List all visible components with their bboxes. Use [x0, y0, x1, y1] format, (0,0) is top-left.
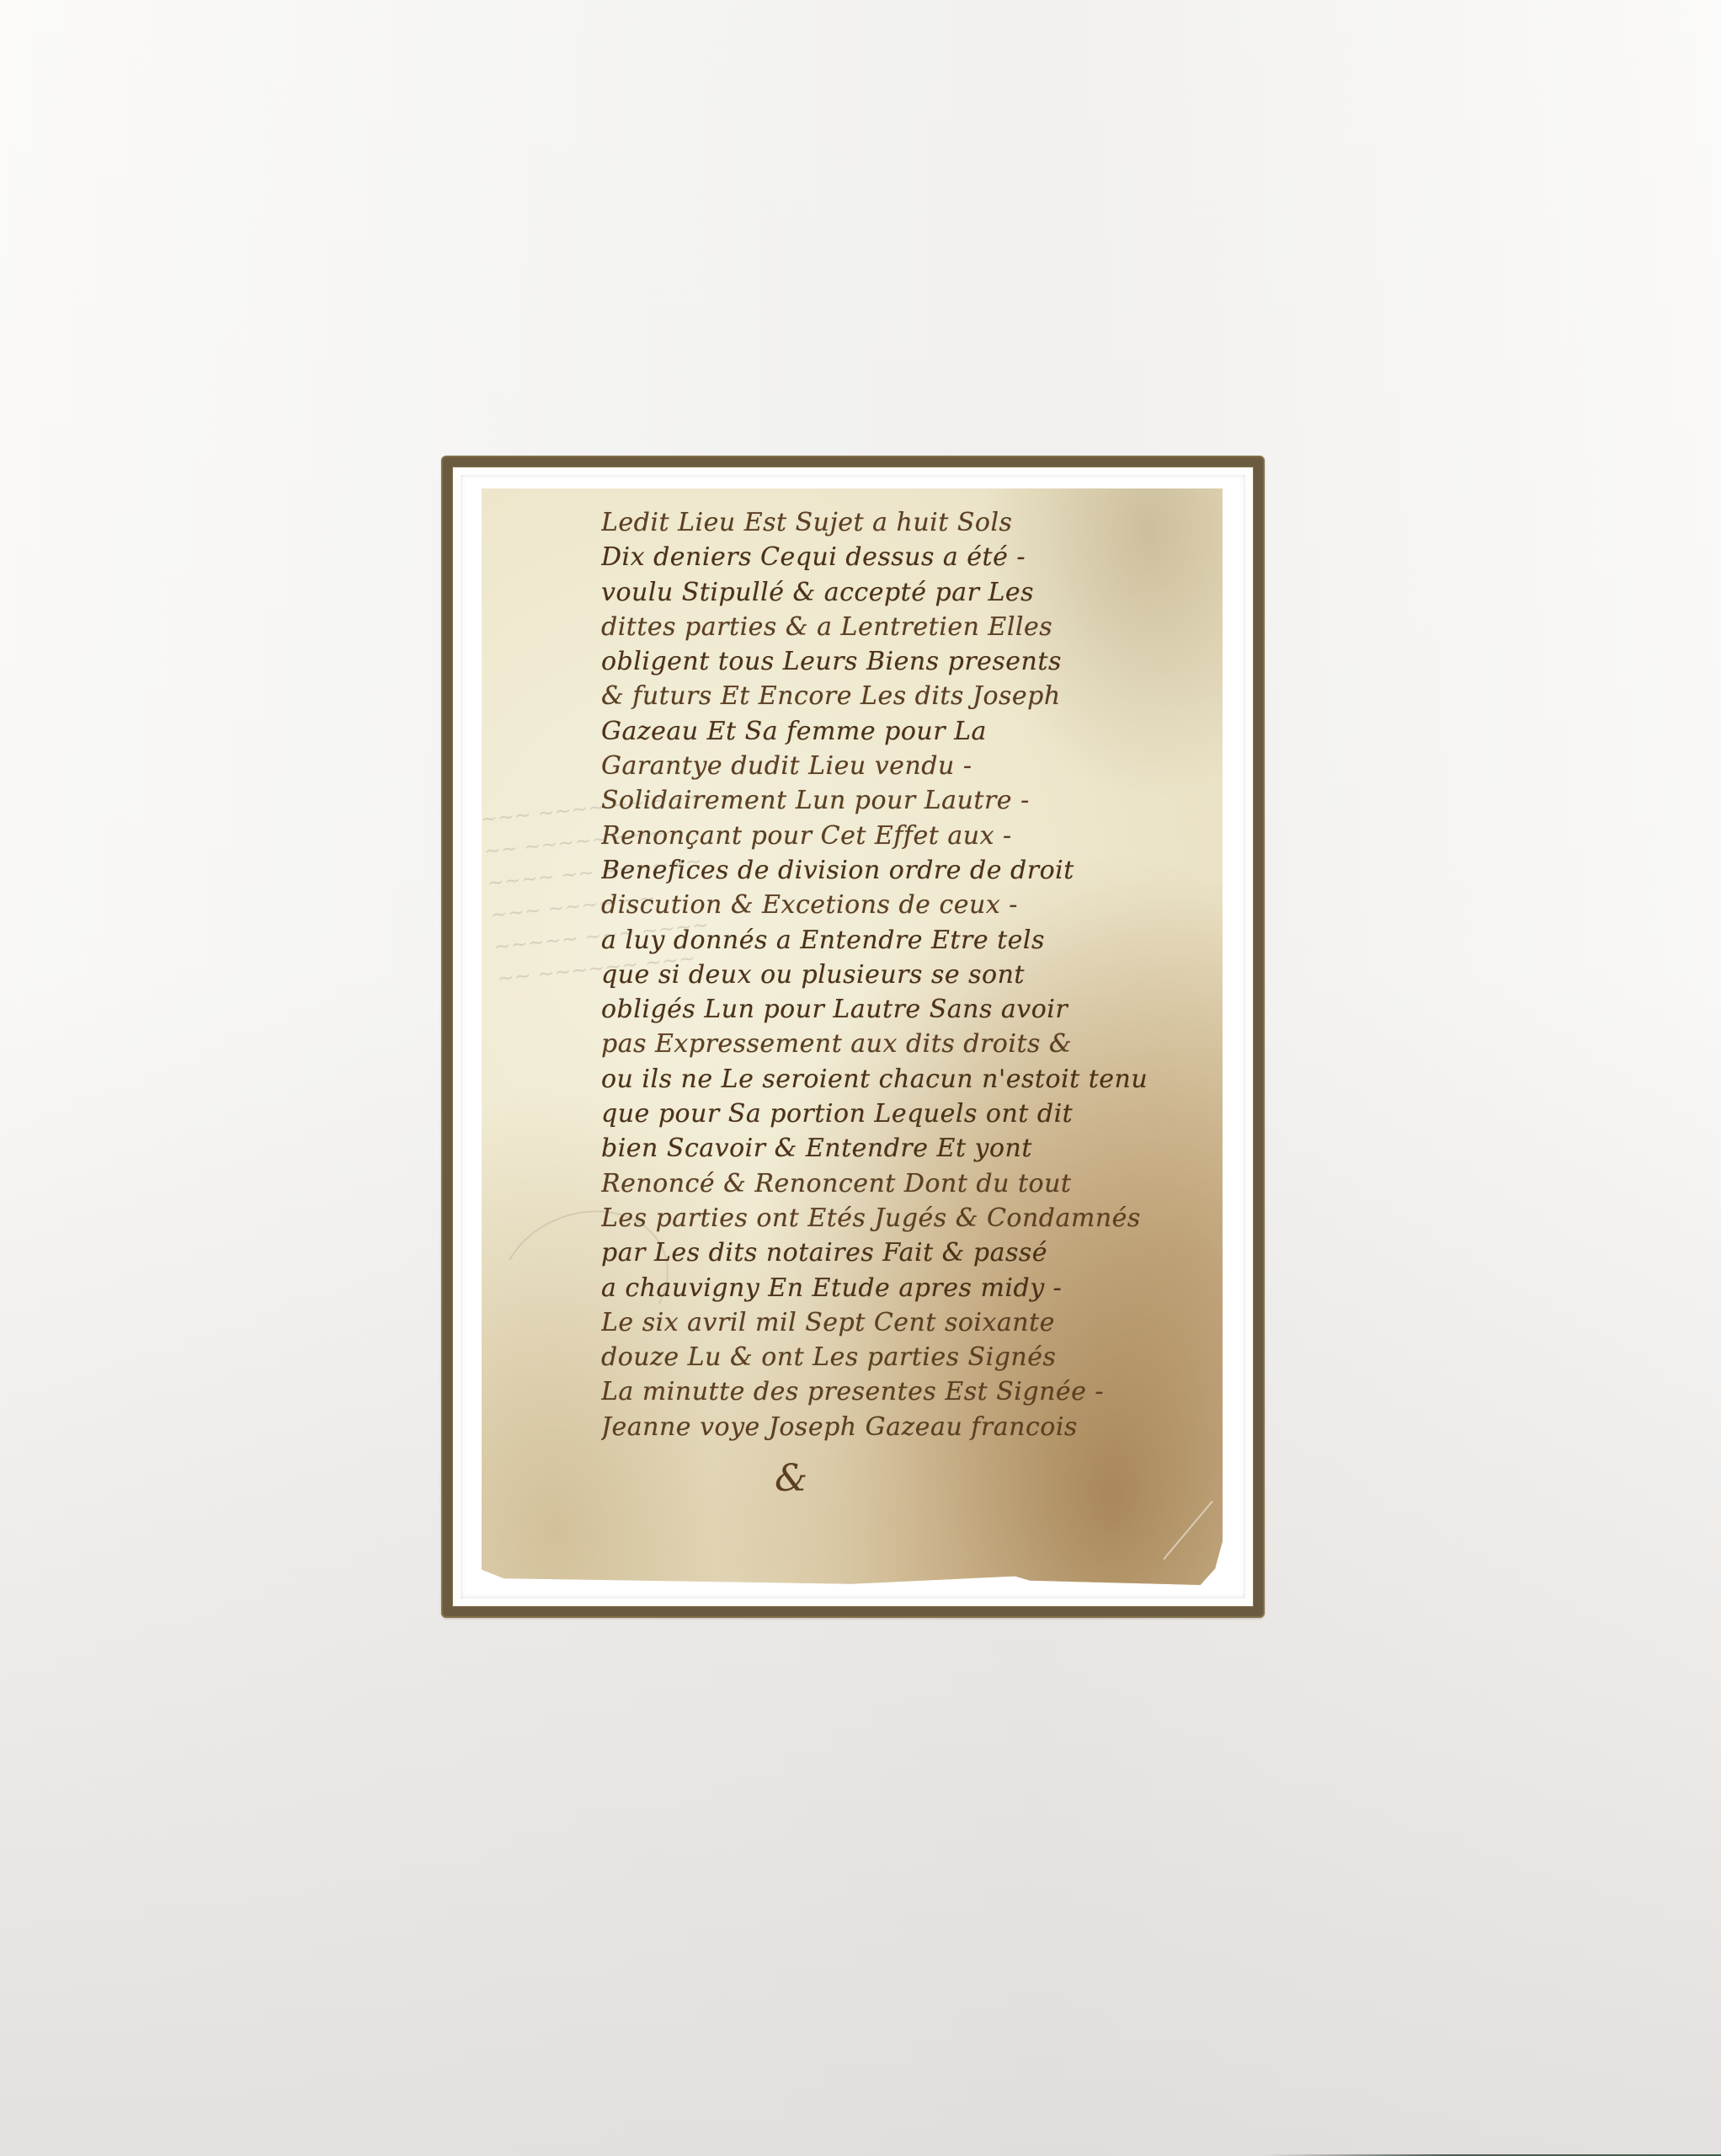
manuscript-line: Gazeau Et Sa femme pour La — [601, 714, 1216, 749]
manuscript-line: Solidairement Lun pour Lautre - — [601, 783, 1216, 818]
manuscript-line: Renoncé & Renoncent Dont du tout — [601, 1166, 1216, 1201]
manuscript-line: Benefices de division ordre de droit — [601, 853, 1216, 888]
manuscript-line: Renonçant pour Cet Effet aux - — [601, 819, 1216, 853]
manuscript-line: dittes parties & a Lentretien Elles — [601, 610, 1216, 644]
manuscript-line: Le six avril mil Sept Cent soixante — [601, 1305, 1216, 1340]
picture-frame: ~~~ ~~~~ ~~ ~~~~~ ~~~~~ ~~~~~~~~ ~~ ~~~~… — [441, 456, 1265, 1618]
manuscript-line: pas Expressement aux dits droits & — [601, 1027, 1216, 1061]
manuscript-line: par Les dits notaires Fait & passé — [601, 1235, 1216, 1270]
manuscript-line: douze Lu & ont Les parties Signés — [601, 1340, 1216, 1374]
manuscript-page: ~~~ ~~~~ ~~ ~~~~~ ~~~~~ ~~~~~~~~ ~~ ~~~~… — [482, 488, 1223, 1585]
manuscript-line: La minutte des presentes Est Signée - — [601, 1374, 1216, 1409]
manuscript-line: a chauvigny En Etude apres midy - — [601, 1271, 1216, 1305]
manuscript-line: Garantye dudit Lieu vendu - — [601, 749, 1216, 783]
manuscript-line: Ledit Lieu Est Sujet a huit Sols — [601, 505, 1216, 540]
manuscript-line: discution & Excetions de ceux - — [601, 888, 1216, 922]
manuscript-line: a luy donnés a Entendre Etre tels — [601, 923, 1216, 958]
handwritten-text: Ledit Lieu Est Sujet a huit Sols Dix den… — [601, 505, 1216, 1444]
manuscript-line: obligés Lun pour Lautre Sans avoir — [601, 992, 1216, 1027]
manuscript-line: Dix deniers Cequi dessus a été - — [601, 540, 1216, 574]
manuscript-line: que pour Sa portion Lequels ont dit — [601, 1097, 1216, 1131]
manuscript-line: que si deux ou plusieurs se sont — [601, 958, 1216, 992]
manuscript-line: ou ils ne Le seroient chacun n'estoit te… — [601, 1062, 1216, 1097]
manuscript-line: bien Scavoir & Entendre Et yont — [601, 1131, 1216, 1166]
manuscript-line: & futurs Et Encore Les dits Joseph — [601, 679, 1216, 713]
closing-flourish: & — [775, 1457, 807, 1500]
manuscript-line: Les parties ont Etés Jugés & Condamnés — [601, 1201, 1216, 1235]
paper-scratch — [1163, 1501, 1212, 1560]
manuscript-line: obligent tous Leurs Biens presents — [601, 644, 1216, 679]
manuscript-line: voulu Stipullé & accepté par Les — [601, 575, 1216, 610]
signature-line: Jeanne voye Joseph Gazeau francois — [601, 1410, 1216, 1444]
